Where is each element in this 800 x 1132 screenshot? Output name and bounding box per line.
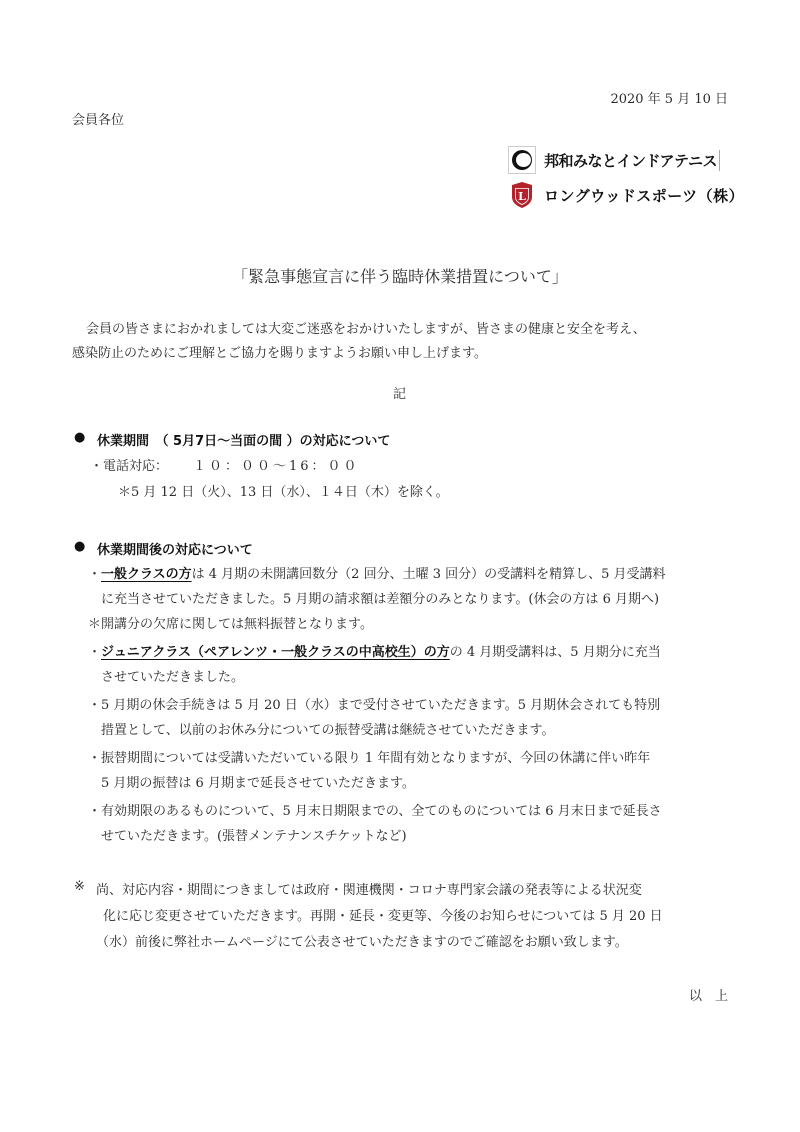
intro-line-2: 感染防止のためにご理解とご協力を賜りますようお願い申し上げます。 <box>72 342 487 361</box>
notice-line-2: 化に応じ変更させていただきます。再開・延長・変更等、今後のお知らせについては 5… <box>103 905 663 924</box>
phone-exception: ＊5 月 12 日（火）、13 日（水）、１４日（木）を除く。 <box>118 481 449 500</box>
company-name-longwood: ロングウッドスポーツ（株） <box>544 185 744 206</box>
list-item-leave: ・5 月期の休会手続きは 5 月 20 日（水）まで受付させていただきます。5 … <box>88 694 660 713</box>
notice-line-3: （水）前後に弊社ホームページにて公表させていただきますのでご確認をお願い致します… <box>96 931 628 950</box>
item-text: 有効期限のあるものについて、5 月末日期限までの、全てのものについては 6 月末… <box>101 804 662 819</box>
longwood-shield-logo-icon: L <box>511 182 533 208</box>
homa-tennis-logo-icon <box>508 146 536 174</box>
list-item-junior-class: ・ジュニアクラス（ペアレンツ・一般クラスの中高校生）の方の 4 月期受講料は、5… <box>88 641 661 660</box>
document-date: 2020 年 5 月 10 日 <box>610 88 728 107</box>
list-item-leave-line2: 措置として、以前のお休み分についての振替受講は継続させていただきます。 <box>101 719 554 738</box>
list-bullet: ・ <box>88 751 101 766</box>
company-name-homa: 邦和みなとインドアテニス <box>544 150 720 171</box>
notice-line-1: 尚、対応内容・期間につきましては政府・関連機関・コロナ専門家会議の発表等による状… <box>96 879 642 898</box>
item-text: 振替期間については受講いただいている限り 1 年間有効となりますが、今回の休講に… <box>101 751 650 766</box>
list-bullet: ・ <box>88 698 101 713</box>
ki-marker: 記 <box>393 383 406 402</box>
list-item-general-class-line2: に充当させていただきました。5 月期の請求額は差額分のみとなります。(休会の方は… <box>101 588 659 607</box>
section1-heading: 休業期間 （ 5月7日～当面の間 ）の対応について <box>97 430 390 449</box>
phone-hours: １０：００～16：００ <box>193 455 360 474</box>
page-title: 「緊急事態宣言に伴う臨時休業措置について」 <box>0 264 800 287</box>
list-item-makeup: ・振替期間については受講いただいている限り 1 年間有効となりますが、今回の休講… <box>88 747 650 766</box>
intro-line-1: 会員の皆さまにおかれましては大変ご迷惑をおかけいたしますが、皆さまの健康と安全を… <box>86 318 646 337</box>
list-item-expiry-line2: せていただきます。(張替メンテナンスチケットなど) <box>101 825 407 844</box>
note-absence: ＊開講分の欠席に関しては無料振替となります。 <box>88 613 373 632</box>
logo-longwood: L ロングウッドスポーツ（株） <box>511 182 744 208</box>
list-bullet: ・ <box>88 567 101 582</box>
phone-label: ・電話対応： <box>90 455 168 474</box>
emphasis-general-class: 一般クラスの方 <box>101 567 192 582</box>
list-item-expiry: ・有効期限のあるものについて、5 月末日期限までの、全てのものについては 6 月… <box>88 800 662 819</box>
section1-bullet-icon: ● <box>74 430 85 445</box>
list-item-general-class: ・一般クラスの方は 4 月期の未開講回数分（2 回分、土曜 3 回分）の受講料を… <box>88 563 666 582</box>
list-item-makeup-line2: 5 月期の振替は 6 月期まで延長させていただきます。 <box>101 772 415 791</box>
logo-homa-tennis: 邦和みなとインドアテニス <box>508 146 720 174</box>
closing: 以 上 <box>689 985 728 1004</box>
item-text: は 4 月期の未開講回数分（2 回分、土曜 3 回分）の受講料を精算し、5 月受… <box>192 567 666 582</box>
item-text: 5 月期の休会手続きは 5 月 20 日（水）まで受付させていただきます。5 月… <box>101 698 660 713</box>
section2-heading: 休業期間後の対応について <box>97 539 253 558</box>
svg-text:L: L <box>518 190 526 203</box>
list-item-junior-class-line2: させていただきました。 <box>101 666 244 685</box>
list-bullet: ・ <box>88 804 101 819</box>
list-bullet: ・ <box>88 645 101 660</box>
section2-bullet-icon: ● <box>74 539 85 554</box>
addressee: 会員各位 <box>72 109 124 128</box>
emphasis-junior-class: ジュニアクラス（ペアレンツ・一般クラスの中高校生）の方 <box>101 645 450 660</box>
item-text: の 4 月期受講料は、5 月期分に充当 <box>450 645 661 660</box>
notice-mark: ※ <box>74 879 85 894</box>
